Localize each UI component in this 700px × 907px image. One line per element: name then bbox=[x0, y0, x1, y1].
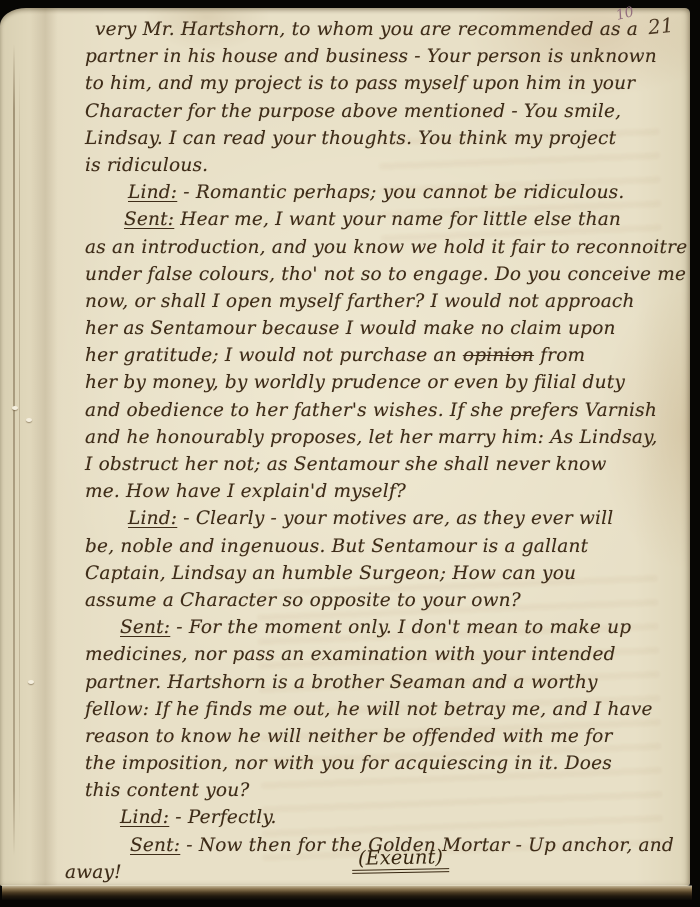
manuscript-line: her gratitude; I would not purchase an o… bbox=[0, 342, 688, 369]
manuscript-line: Lind: - Clearly - your motives are, as t… bbox=[0, 505, 688, 532]
manuscript-line: the imposition, nor with you for acquies… bbox=[0, 750, 688, 777]
manuscript-line: fellow: If he finds me out, he will not … bbox=[0, 696, 688, 723]
speaker-label: Sent: bbox=[130, 835, 180, 856]
manuscript-line: her by money, by worldly prudence or eve… bbox=[0, 369, 688, 396]
manuscript-line: her as Sentamour because I would make no… bbox=[0, 315, 688, 342]
manuscript-line: and he honourably proposes, let her marr… bbox=[0, 424, 688, 451]
manuscript-line: partner in his house and business - Your… bbox=[0, 43, 688, 70]
speaker-label: Sent: bbox=[120, 617, 170, 638]
manuscript-line: Lind: - Romantic perhaps; you cannot be … bbox=[0, 179, 688, 206]
manuscript-line: Sent: - For the moment only. I don't mea… bbox=[0, 614, 688, 641]
manuscript-line: be, noble and ingenuous. But Sentamour i… bbox=[0, 533, 688, 560]
manuscript-line: Sent: - Now then for the Golden Mortar -… bbox=[0, 832, 688, 859]
manuscript-line: me. How have I explain'd myself? bbox=[0, 478, 688, 505]
manuscript-line: under false colours, tho' not so to enga… bbox=[0, 261, 688, 288]
manuscript-line: partner. Hartshorn is a brother Seaman a… bbox=[0, 669, 688, 696]
manuscript-line: to him, and my project is to pass myself… bbox=[0, 70, 688, 97]
manuscript-line: I obstruct her not; as Sentamour she sha… bbox=[0, 451, 688, 478]
manuscript-line: Lind: - Perfectly. bbox=[0, 804, 688, 831]
manuscript-line: reason to know he will neither be offend… bbox=[0, 723, 688, 750]
book-page-edges bbox=[2, 886, 692, 900]
struck-word: opinion bbox=[463, 345, 534, 366]
speaker-label: Lind: bbox=[120, 807, 169, 828]
manuscript-line: is ridiculous. bbox=[0, 152, 688, 179]
text-block: very Mr. Hartshorn, to whom you are reco… bbox=[0, 16, 688, 886]
manuscript-line: Captain, Lindsay an humble Surgeon; How … bbox=[0, 560, 688, 587]
manuscript-line: away! bbox=[0, 859, 688, 886]
manuscript-line: Character for the purpose above mentione… bbox=[0, 98, 688, 125]
speaker-label: Sent: bbox=[124, 209, 174, 230]
manuscript-line: assume a Character so opposite to your o… bbox=[0, 587, 688, 614]
manuscript-line: this content you? bbox=[0, 777, 688, 804]
manuscript-line: now, or shall I open myself farther? I w… bbox=[0, 288, 688, 315]
stage-direction-exeunt: (Exeunt) bbox=[352, 845, 449, 874]
manuscript-line: very Mr. Hartshorn, to whom you are reco… bbox=[0, 16, 688, 43]
manuscript-line: medicines, nor pass an examination with … bbox=[0, 641, 688, 668]
scan-frame: 10 21 very Mr. Hartshorn, to whom you ar… bbox=[0, 0, 700, 907]
manuscript-line: and obedience to her father's wishes. If… bbox=[0, 397, 688, 424]
speaker-label: Lind: bbox=[128, 508, 177, 529]
manuscript-line: Lindsay. I can read your thoughts. You t… bbox=[0, 125, 688, 152]
speaker-label: Lind: bbox=[128, 182, 177, 203]
manuscript-line: Sent: Hear me, I want your name for litt… bbox=[0, 206, 688, 233]
manuscript-line: as an introduction, and you know we hold… bbox=[0, 234, 688, 261]
